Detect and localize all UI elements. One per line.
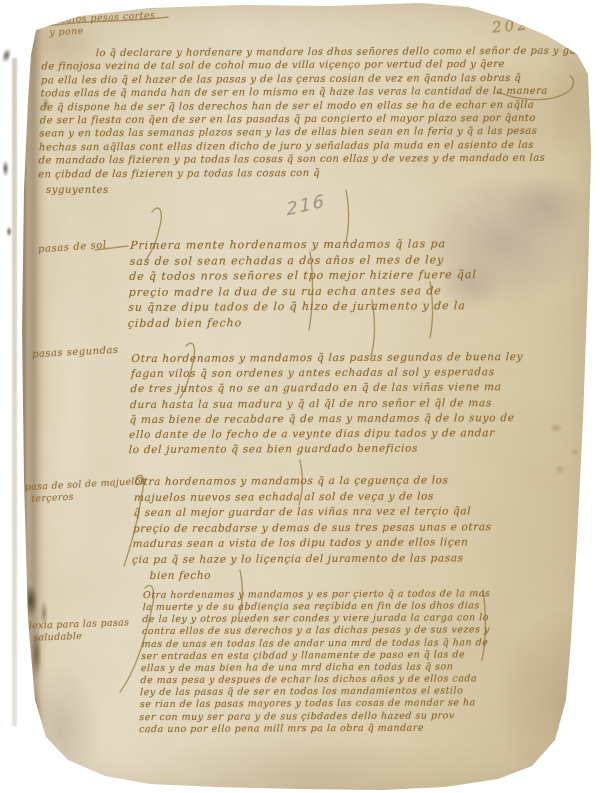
margin-note-pasas-de-sol: pasas de sol [38,240,107,256]
flourish-stroke [346,190,349,242]
manuscript-text-line: çibdad bien fecho [128,314,482,331]
damp-stain [22,688,44,758]
binding-spine-shadow [21,30,26,762]
manuscript-text-line: en çibdad de las fizieren y pa todas las… [38,165,570,181]
underlying-leaf-edge [12,58,17,726]
manuscript-text-line: de q̃ todos nros señores el tpo mejor hi… [129,267,483,284]
manuscript-text-line: de mandado las fizieren y pa todas las c… [38,152,570,168]
manuscript-text-line: preçio de recabdarse y demas de sus tres… [133,520,539,538]
manuscript-page: capitulos pesas cortesy pone 202 lo q̃ d… [0,0,600,793]
manuscript-text-line: su q̃nze dipu tados de lo q̃ hizo de jur… [128,298,482,315]
manuscript-text-line: bien fecho [131,567,537,585]
paragraph-pasa-majuelos-terceros: Otra hordenamos y mandamos q̃ a la çegue… [131,473,540,584]
catchword: syguyentes [46,185,109,196]
paragraph-opening: lo q̃ declarare y hordenare y mandare lo… [38,45,574,182]
binding-stitch-mark [23,584,38,618]
binding-ink-mark [2,160,9,177]
manuscript-text-line: de tres juntos q̃ no se an guardado en q… [130,380,538,397]
margin-note-lexia-saludable: lexia para las pasassaludable [29,617,130,643]
paragraph-lexia: Otra hordenamos y mandamos y es por çier… [139,588,567,736]
folio-number-pencil: 216 [286,190,327,220]
paragraph-pasas-segundas: Otra hordenamos y mandamos q̃ las pasas … [128,350,539,459]
manuscript-text-line: Primera mente hordenamos y mandamos q̃ l… [130,236,484,253]
manuscript-text-line: preçio madre la dua de su rua echa antes… [129,283,483,300]
manuscript-text-line: pasas de sol [38,240,107,256]
margin-note-pasa-majuelos-terceros: pasa de sol de majuelosterçeros [24,476,146,505]
folio-number-ink: 202 [491,15,530,36]
binding-ink-mark [6,226,12,237]
manuscript-photo: capitulos pesas cortesy pone 202 lo q̃ d… [0,0,600,793]
manuscript-text-line: lo del juramento q̃ sea bien guardado be… [128,441,536,458]
paragraph-pasas-de-sol: Primera mente hordenamos y mandamos q̃ l… [128,236,485,331]
manuscript-text-line: sas de sol sean echadas a dos años el me… [129,252,483,269]
header-annotation: capitulos pesas cortesy pone [39,10,156,40]
manuscript-text-line: cada uno por ello pena mill mrs pa la ob… [139,722,563,736]
manuscript-text-line: ello dante de lo fecho de a veynte dias … [129,426,537,443]
